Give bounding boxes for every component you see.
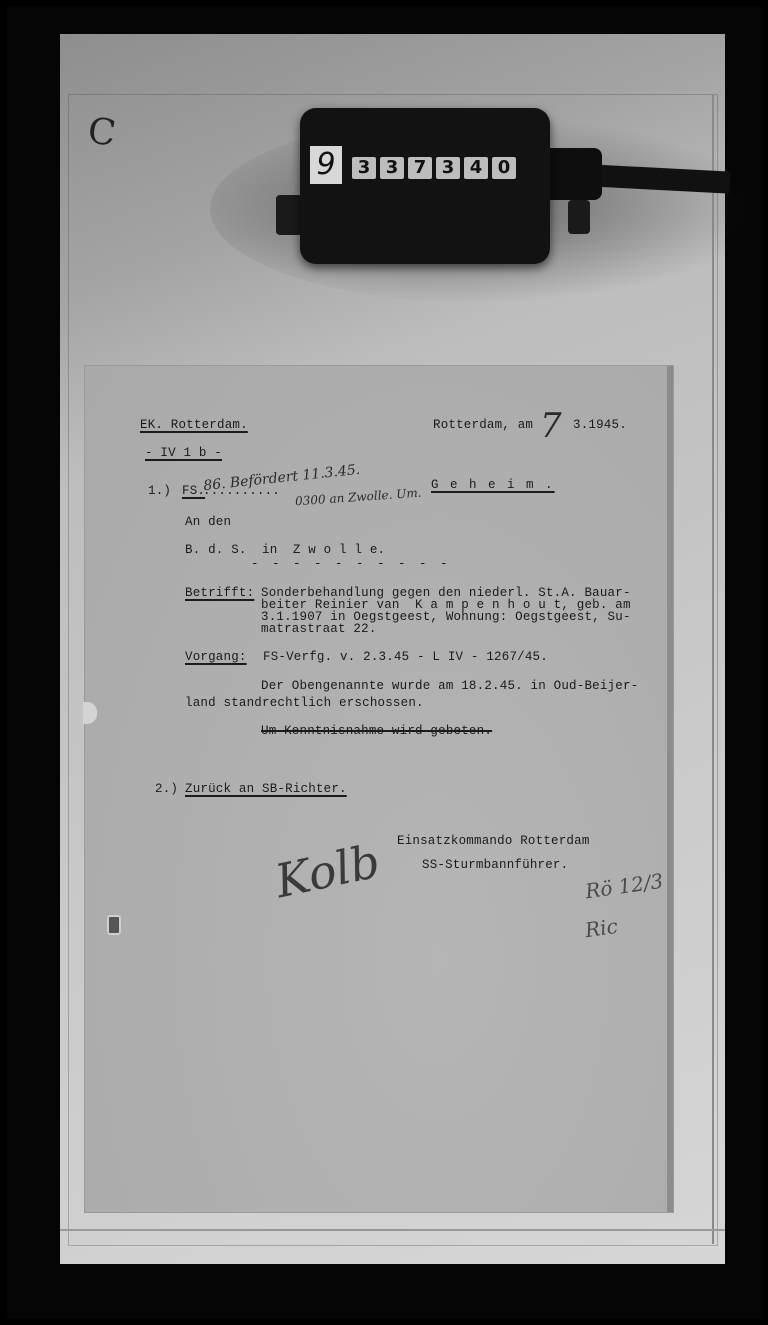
paper-notch <box>83 702 97 724</box>
frame-counter-digits: 3 3 7 3 4 0 <box>352 157 516 179</box>
board-bottom-line <box>60 1229 725 1231</box>
margin-mark: C <box>85 110 118 154</box>
handwritten-initials-b: Ric <box>583 914 619 942</box>
reference-label: Vorgang: <box>185 650 247 664</box>
signature-unit: Einsatzkommando Rotterdam <box>397 834 590 848</box>
handwritten-initials-a: Rö 12/3 <box>584 869 665 904</box>
handwritten-time: 0300 an Zwolle. Um. <box>295 486 422 509</box>
counter-digit: 7 <box>408 157 432 179</box>
counter-digit: 4 <box>464 157 488 179</box>
typed-document: EK. Rotterdam. - IV 1 b - Rotterdam, am … <box>85 366 673 1212</box>
frame-counter-device <box>300 108 550 264</box>
item2-number: 2.) <box>155 782 178 796</box>
addressee-dashes: - - - - - - - - - - <box>251 557 451 571</box>
handwritten-forwarded: 86. Befördert 11.3.45. <box>203 462 361 494</box>
counter-digit: 3 <box>436 157 460 179</box>
department-code: - IV 1 b - <box>145 446 222 460</box>
signature-rank: SS-Sturmbannführer. <box>422 858 568 872</box>
struck-request-line: Um Kenntnisnahme wird gebeten. <box>261 724 492 738</box>
counter-clip-left <box>276 195 302 235</box>
body-line: land standrechtlich erschossen. <box>185 696 424 710</box>
counter-digit: 3 <box>380 157 404 179</box>
item1-label: FS. <box>182 484 205 498</box>
addressee-line1: An den <box>185 515 231 529</box>
body-line: Der Obengenannte wurde am 18.2.45. in Ou… <box>261 679 638 693</box>
addressee-line2: B. d. S. in Z w o l l e. <box>185 543 385 557</box>
reference-text: FS-Verfg. v. 2.3.45 - L IV - 1267/45. <box>263 650 548 664</box>
item2-text: Zurück an SB-Richter. <box>185 782 347 796</box>
header-place: Rotterdam, am <box>433 418 533 432</box>
counter-digit: 0 <box>492 157 516 179</box>
board-edge-line <box>712 94 714 1244</box>
reel-number-label: 9 <box>310 146 342 184</box>
header-office: EK. Rotterdam. <box>140 418 248 432</box>
header-date: 3.1945. <box>573 418 627 432</box>
punch-hole <box>107 915 121 935</box>
subject-line: matrastraat 22. <box>261 622 377 636</box>
counter-clip-right <box>568 200 590 234</box>
item1-number: 1.) <box>148 484 171 498</box>
classification-secret: G e h e i m . <box>431 478 555 492</box>
handwritten-signature: Kolb <box>271 834 385 909</box>
subject-label: Betrifft: <box>185 586 254 600</box>
handwritten-day: 7 <box>540 406 562 446</box>
counter-digit: 3 <box>352 157 376 179</box>
